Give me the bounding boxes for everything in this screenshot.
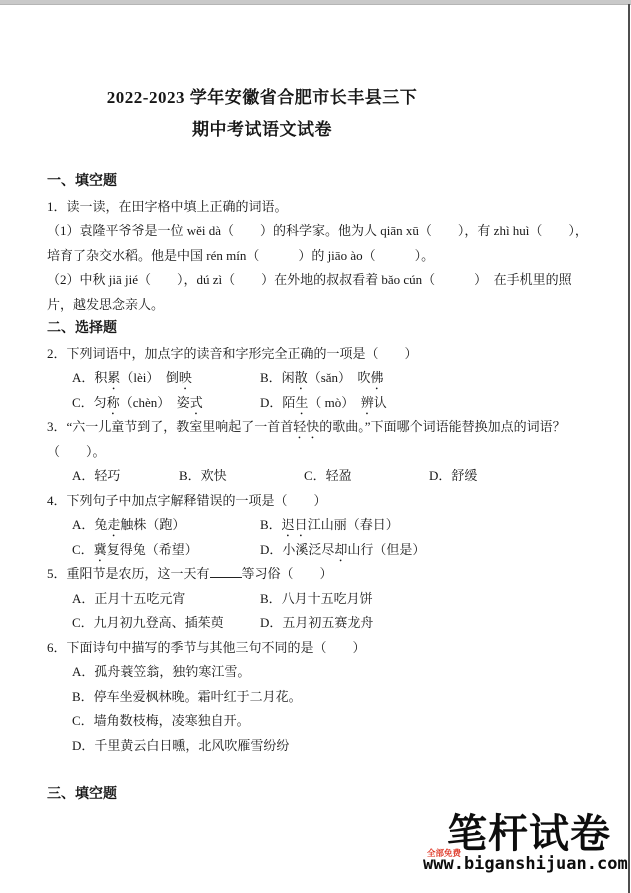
spacer bbox=[0, 758, 631, 783]
options-row: D．千里黄云白日曛，北风吹雁雪纷纷 bbox=[0, 734, 631, 759]
section-heading: 一、填空题 bbox=[0, 170, 631, 195]
option-item: B．闲散（sǎn） 吹佛 bbox=[260, 366, 384, 391]
option-item: A．孤舟蓑笠翁，独钓寒江雪。 bbox=[72, 660, 250, 685]
emphasized-text: 散 bbox=[295, 370, 308, 385]
option-item: A．兔走触株（跑） bbox=[72, 513, 260, 538]
options-row: C．墙角数枝梅，凌寒独自开。 bbox=[0, 709, 631, 734]
option-item: D．小溪泛尽却山行（但是） bbox=[260, 538, 425, 563]
emphasized-text: 迟日 bbox=[282, 517, 308, 532]
option-item: C．墙角数枝梅，凌寒独自开。 bbox=[72, 709, 250, 734]
option-item: B．欢快 bbox=[179, 464, 304, 489]
exam-title-line2: 期中考试语文试卷 bbox=[0, 114, 524, 146]
option-item: D．千里黄云白日曛，北风吹雁雪纷纷 bbox=[72, 734, 289, 759]
emphasized-text: 生 bbox=[295, 395, 308, 410]
options-row: C．匀称（chèn） 姿式D．陌生（ mò） 辨认 bbox=[0, 391, 631, 416]
watermark-brand: 笔杆试卷 bbox=[447, 813, 611, 855]
question-text: 1．读一读，在田字格中填上正确的词语。 bbox=[0, 195, 631, 220]
options-row: A．轻巧B．欢快C．轻盈D．舒缓 bbox=[0, 464, 631, 489]
option-item: C．九月初九登高、插茱萸 bbox=[72, 611, 260, 636]
options-row: C．冀复得兔（希望）D．小溪泛尽却山行（但是） bbox=[0, 538, 631, 563]
section-heading: 二、选择题 bbox=[0, 317, 631, 342]
options-row: C．九月初九登高、插茱萸D．五月初五赛龙舟 bbox=[0, 611, 631, 636]
watermark-url: www.biganshijuan.com bbox=[423, 854, 628, 874]
option-item: D．陌生（ mò） 辨认 bbox=[260, 391, 387, 416]
exam-title: 2022-2023 学年安徽省合肥市长丰县三下 期中考试语文试卷 bbox=[0, 82, 524, 146]
emphasized-text: 式 bbox=[190, 395, 203, 410]
emphasized-text: 走 bbox=[107, 517, 120, 532]
emphasized-text: 佛 bbox=[371, 370, 384, 385]
exam-title-line1: 2022-2023 学年安徽省合肥市长丰县三下 bbox=[0, 82, 524, 114]
option-item: B．八月十五吃月饼 bbox=[260, 587, 373, 612]
question-text: 5．重阳节是农历，这一天有等习俗（ ） bbox=[0, 562, 631, 587]
question-text: 2．下列词语中，加点字的读音和字形完全正确的一项是（ ） bbox=[0, 342, 631, 367]
option-item: B．迟日江山丽（春日） bbox=[260, 513, 399, 538]
option-item: B．停车坐爱枫林晚。霜叶红于二月花。 bbox=[72, 685, 302, 710]
options-row: A．兔走触株（跑）B．迟日江山丽（春日） bbox=[0, 513, 631, 538]
question-text: 6．下面诗句中描写的季节与其他三句不同的是（ ） bbox=[0, 636, 631, 661]
question-text: 片，越发思念亲人。 bbox=[0, 293, 631, 318]
option-item: C．轻盈 bbox=[304, 464, 429, 489]
question-text: 培育了杂交水稻。他是中国 rén mín（ ）的 jiāo ào（ ）。 bbox=[0, 244, 631, 269]
question-text: （ ）。 bbox=[0, 440, 631, 465]
options-row: B．停车坐爱枫林晚。霜叶红于二月花。 bbox=[0, 685, 631, 710]
option-item: C．匀称（chèn） 姿式 bbox=[72, 391, 260, 416]
emphasized-text: 却 bbox=[334, 542, 347, 557]
emphasized-text: 轻快 bbox=[293, 419, 319, 434]
question-text: （1）袁隆平爷爷是一位 wěi dà（ ）的科学家。他为人 qiān xū（ ）… bbox=[0, 219, 631, 244]
question-text: 4．下列句子中加点字解释错误的一项是（ ） bbox=[0, 489, 631, 514]
options-row: A．孤舟蓑笠翁，独钓寒江雪。 bbox=[0, 660, 631, 685]
emphasized-text: 称 bbox=[107, 395, 120, 410]
emphasized-text: 冀 bbox=[94, 542, 107, 557]
option-item: A．积累（lèi） 倒映 bbox=[72, 366, 260, 391]
emphasized-text: 辨 bbox=[361, 395, 374, 410]
options-row: A．积累（lèi） 倒映B．闲散（sǎn） 吹佛 bbox=[0, 366, 631, 391]
exam-body: 一、填空题1．读一读，在田字格中填上正确的词语。（1）袁隆平爷爷是一位 wěi … bbox=[0, 170, 631, 807]
question-text: 3．“六一儿童节到了，教室里响起了一首首轻快的歌曲。”下面哪个词语能替换加点的词… bbox=[0, 415, 631, 440]
option-item: A．正月十五吃元宵 bbox=[72, 587, 260, 612]
viewer-top-edge bbox=[0, 0, 631, 5]
answer-blank bbox=[210, 563, 242, 578]
options-row: A．正月十五吃元宵B．八月十五吃月饼 bbox=[0, 587, 631, 612]
question-text: （2）中秋 jiā jié（ ），dú zì（ ）在外地的叔叔看着 bǎo cú… bbox=[0, 268, 631, 293]
option-item: C．冀复得兔（希望） bbox=[72, 538, 260, 563]
section-heading: 三、填空题 bbox=[0, 783, 631, 808]
emphasized-text: 映 bbox=[179, 370, 192, 385]
option-item: D．五月初五赛龙舟 bbox=[260, 611, 373, 636]
emphasized-text: 累 bbox=[107, 370, 120, 385]
option-item: D．舒缓 bbox=[429, 464, 477, 489]
option-item: A．轻巧 bbox=[72, 464, 179, 489]
